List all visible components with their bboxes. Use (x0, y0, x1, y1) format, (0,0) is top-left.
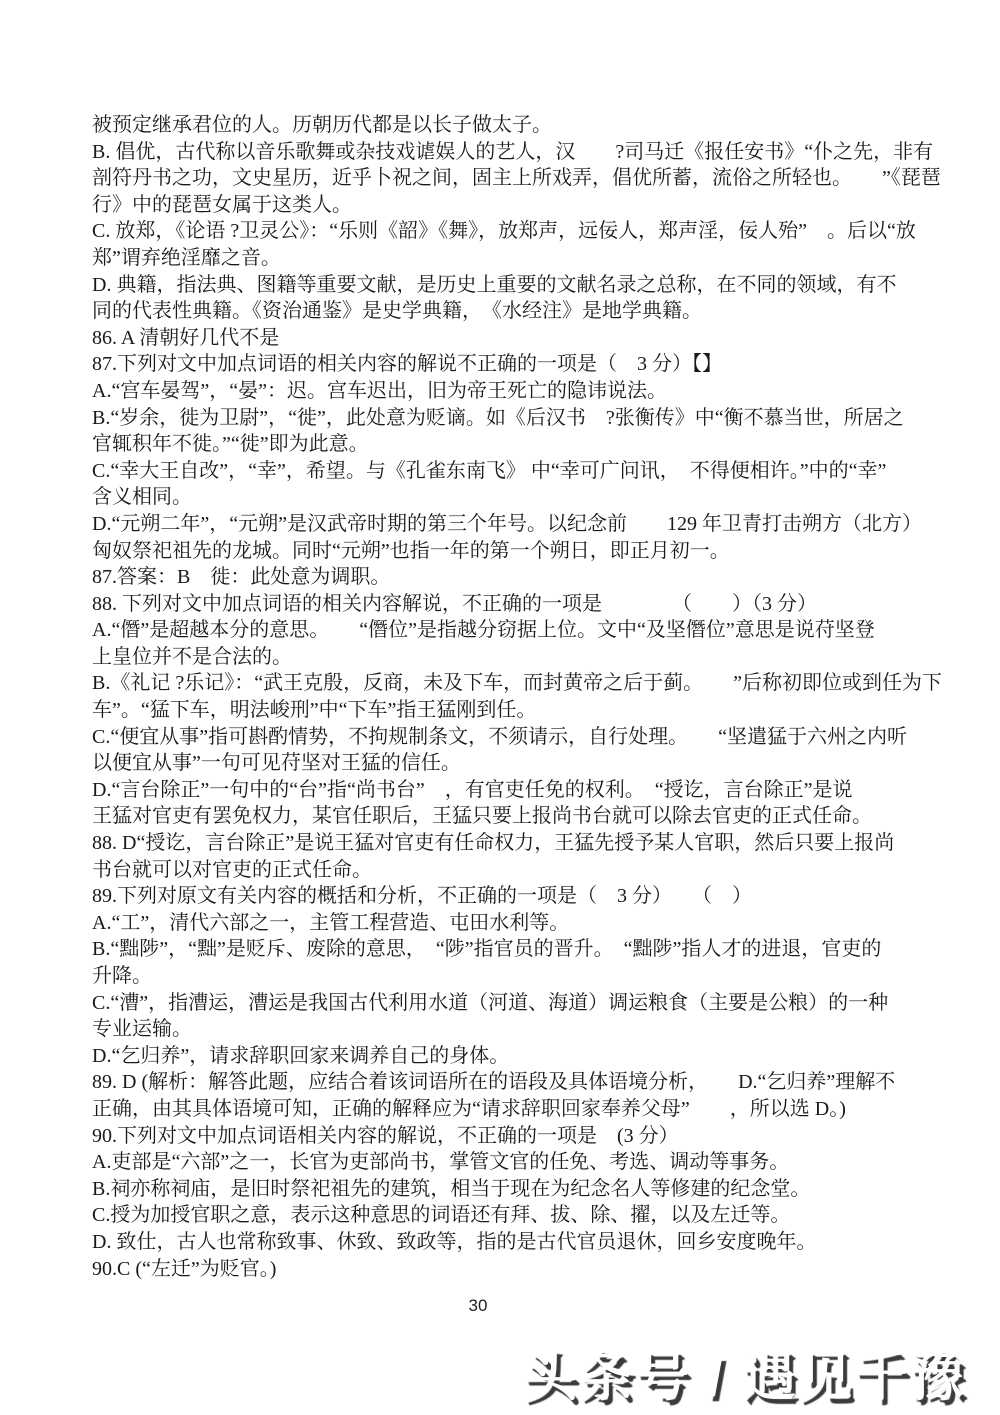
document-page: 被预定继承君位的人。历朝历代都是以长子做太子。B. 倡优，古代称以音乐歌舞或杂技… (0, 0, 1000, 1415)
text-line-8: 同的代表性典籍。《资治通鉴》是史学典籍， 《水经注》是地学典籍。 (92, 298, 972, 325)
text-line-3: 剖符丹书之功，文史星历，近乎卜祝之间，固主上所戏弄，倡优所蓄，流俗之所轻也。 ”… (92, 165, 972, 192)
text-line-1: 被预定继承君位的人。历朝历代都是以长子做太子。 (92, 112, 972, 139)
text-line-35: 专业运输。 (92, 1016, 972, 1043)
text-line-5: C. 放郑，《论语 ?卫灵公》：“乐则《韶》《舞》，放郑声，远佞人，郑声淫，佞人… (92, 218, 972, 245)
text-line-15: 含义相同。 (92, 484, 972, 511)
text-line-4: 行》中的琵琶女属于这类人。 (92, 192, 972, 219)
text-line-36: D.“乞归养”，请求辞职回家来调养自己的身体。 (92, 1043, 972, 1070)
text-line-25: 以便宜从事”一句可见苻坚对王猛的信任。 (92, 750, 972, 777)
text-line-22: B.《礼记 ?乐记》：“武王克殷，反商，未及下车，而封黄帝之后于蓟。 ”后称初即… (92, 670, 972, 697)
text-line-9: 86. A 清朝好几代不是 (92, 325, 972, 352)
text-line-30: 89.下列对原文有关内容的概括和分析，不正确的一项是（ 3 分） （ ） (92, 883, 972, 910)
text-line-11: A.“宫车晏驾”，“晏”：迟。宫车迟出，旧为帝王死亡的隐讳说法。 (92, 378, 972, 405)
text-line-23: 车”。“猛下车，明法峻刑”中“下车”指王猛刚到任。 (92, 697, 972, 724)
text-line-13: 官辄积年不徙。”“徙”即为此意。 (92, 431, 972, 458)
text-line-18: 87.答案：B 徙：此处意为调职。 (92, 564, 972, 591)
text-line-21: 上皇位并不是合法的。 (92, 644, 972, 671)
text-line-27: 王猛对官吏有罢免权力，某官任职后，王猛只要上报尚书台就可以除去官吏的正式任命。 (92, 803, 972, 830)
text-line-16: D.“元朔二年”，“元朔”是汉武帝时期的第三个年号。以纪念前 129 年卫青打击… (92, 511, 972, 538)
text-line-42: C.授为加授官职之意，表示这种意思的词语还有拜、拔、除、擢，以及左迁等。 (92, 1202, 972, 1229)
text-line-33: 升降。 (92, 963, 972, 990)
text-line-44: 90.C (“左迁”为贬官。) (92, 1256, 972, 1283)
text-line-28: 88. D“授讫，言台除正”是说王猛对官吏有任命权力，王猛先授予某人官职，然后只… (92, 830, 972, 857)
text-line-14: C.“幸大王自改”，“幸”，希望。与《孔雀东南飞》 中“幸可广问讯， 不得便相许… (92, 458, 972, 485)
text-line-32: B.“黜陟”，“黜”是贬斥、废除的意思， “陟”指官员的晋升。 “黜陟”指人才的… (92, 936, 972, 963)
text-line-6: 郑”谓弃绝淫靡之音。 (92, 245, 972, 272)
text-line-19: 88. 下列对文中加点词语的相关内容解说，不正确的一项是 （ ）（3 分） (92, 591, 972, 618)
document-body: 被预定继承君位的人。历朝历代都是以长子做太子。B. 倡优，古代称以音乐歌舞或杂技… (92, 112, 972, 1282)
text-line-26: D.“言台除正”一句中的“台”指“尚书台” ，有官吏任免的权利。 “授讫，言台除… (92, 777, 972, 804)
text-line-37: 89. D (解析：解答此题，应结合着该词语所在的语段及具体语境分析， D.“乞… (92, 1069, 972, 1096)
text-line-10: 87.下列对文中加点词语的相关内容的解说不正确的一项是（ 3 分）【】 (92, 351, 972, 378)
text-line-17: 匈奴祭祀祖先的龙城。同时“元朔”也指一年的第一个朔日，即正月初一。 (92, 538, 972, 565)
text-line-24: C.“便宜从事”指可斟酌情势，不拘规制条文，不须请示，自行处理。 “坚遣猛于六州… (92, 724, 972, 751)
text-line-41: B.祠亦称祠庙，是旧时祭祀祖先的建筑，相当于现在为纪念名人等修建的纪念堂。 (92, 1176, 972, 1203)
text-line-31: A.“工”，清代六部之一，主管工程营造、屯田水利等。 (92, 910, 972, 937)
text-line-20: A.“僭”是超越本分的意思。 “僭位”是指越分窃据上位。文中“及坚僭位”意思是说… (92, 617, 972, 644)
watermark: 头条号 / 遇见千豫 (523, 1334, 966, 1411)
text-line-2: B. 倡优，古代称以音乐歌舞或杂技戏谑娱人的艺人，汉 ?司马迁《报任安书》“仆之… (92, 139, 972, 166)
text-line-39: 90.下列对文中加点词语相关内容的解说，不正确的一项是 (3 分） (92, 1123, 972, 1150)
text-line-40: A.吏部是“六部”之一，长官为吏部尚书，掌管文官的任免、考选、调动等事务。 (92, 1149, 972, 1176)
page-number: 30 (92, 1296, 864, 1316)
text-line-38: 正确，由其具体语境可知，正确的解释应为“请求辞职回家奉养父母” ，所以选 D。) (92, 1096, 972, 1123)
text-line-12: B.“岁余，徙为卫尉”，“徙”，此处意为贬谪。如《后汉书 ?张衡传》中“衡不慕当… (92, 405, 972, 432)
text-line-34: C.“漕”，指漕运，漕运是我国古代利用水道（河道、海道）调运粮食（主要是公粮）的… (92, 990, 972, 1017)
text-line-7: D. 典籍，指法典、图籍等重要文献，是历史上重要的文献名录之总称，在不同的领域，… (92, 272, 972, 299)
text-line-29: 书台就可以对官吏的正式任命。 (92, 857, 972, 884)
text-line-43: D. 致仕，古人也常称致事、休致、致政等，指的是古代官员退休，回乡安度晚年。 (92, 1229, 972, 1256)
